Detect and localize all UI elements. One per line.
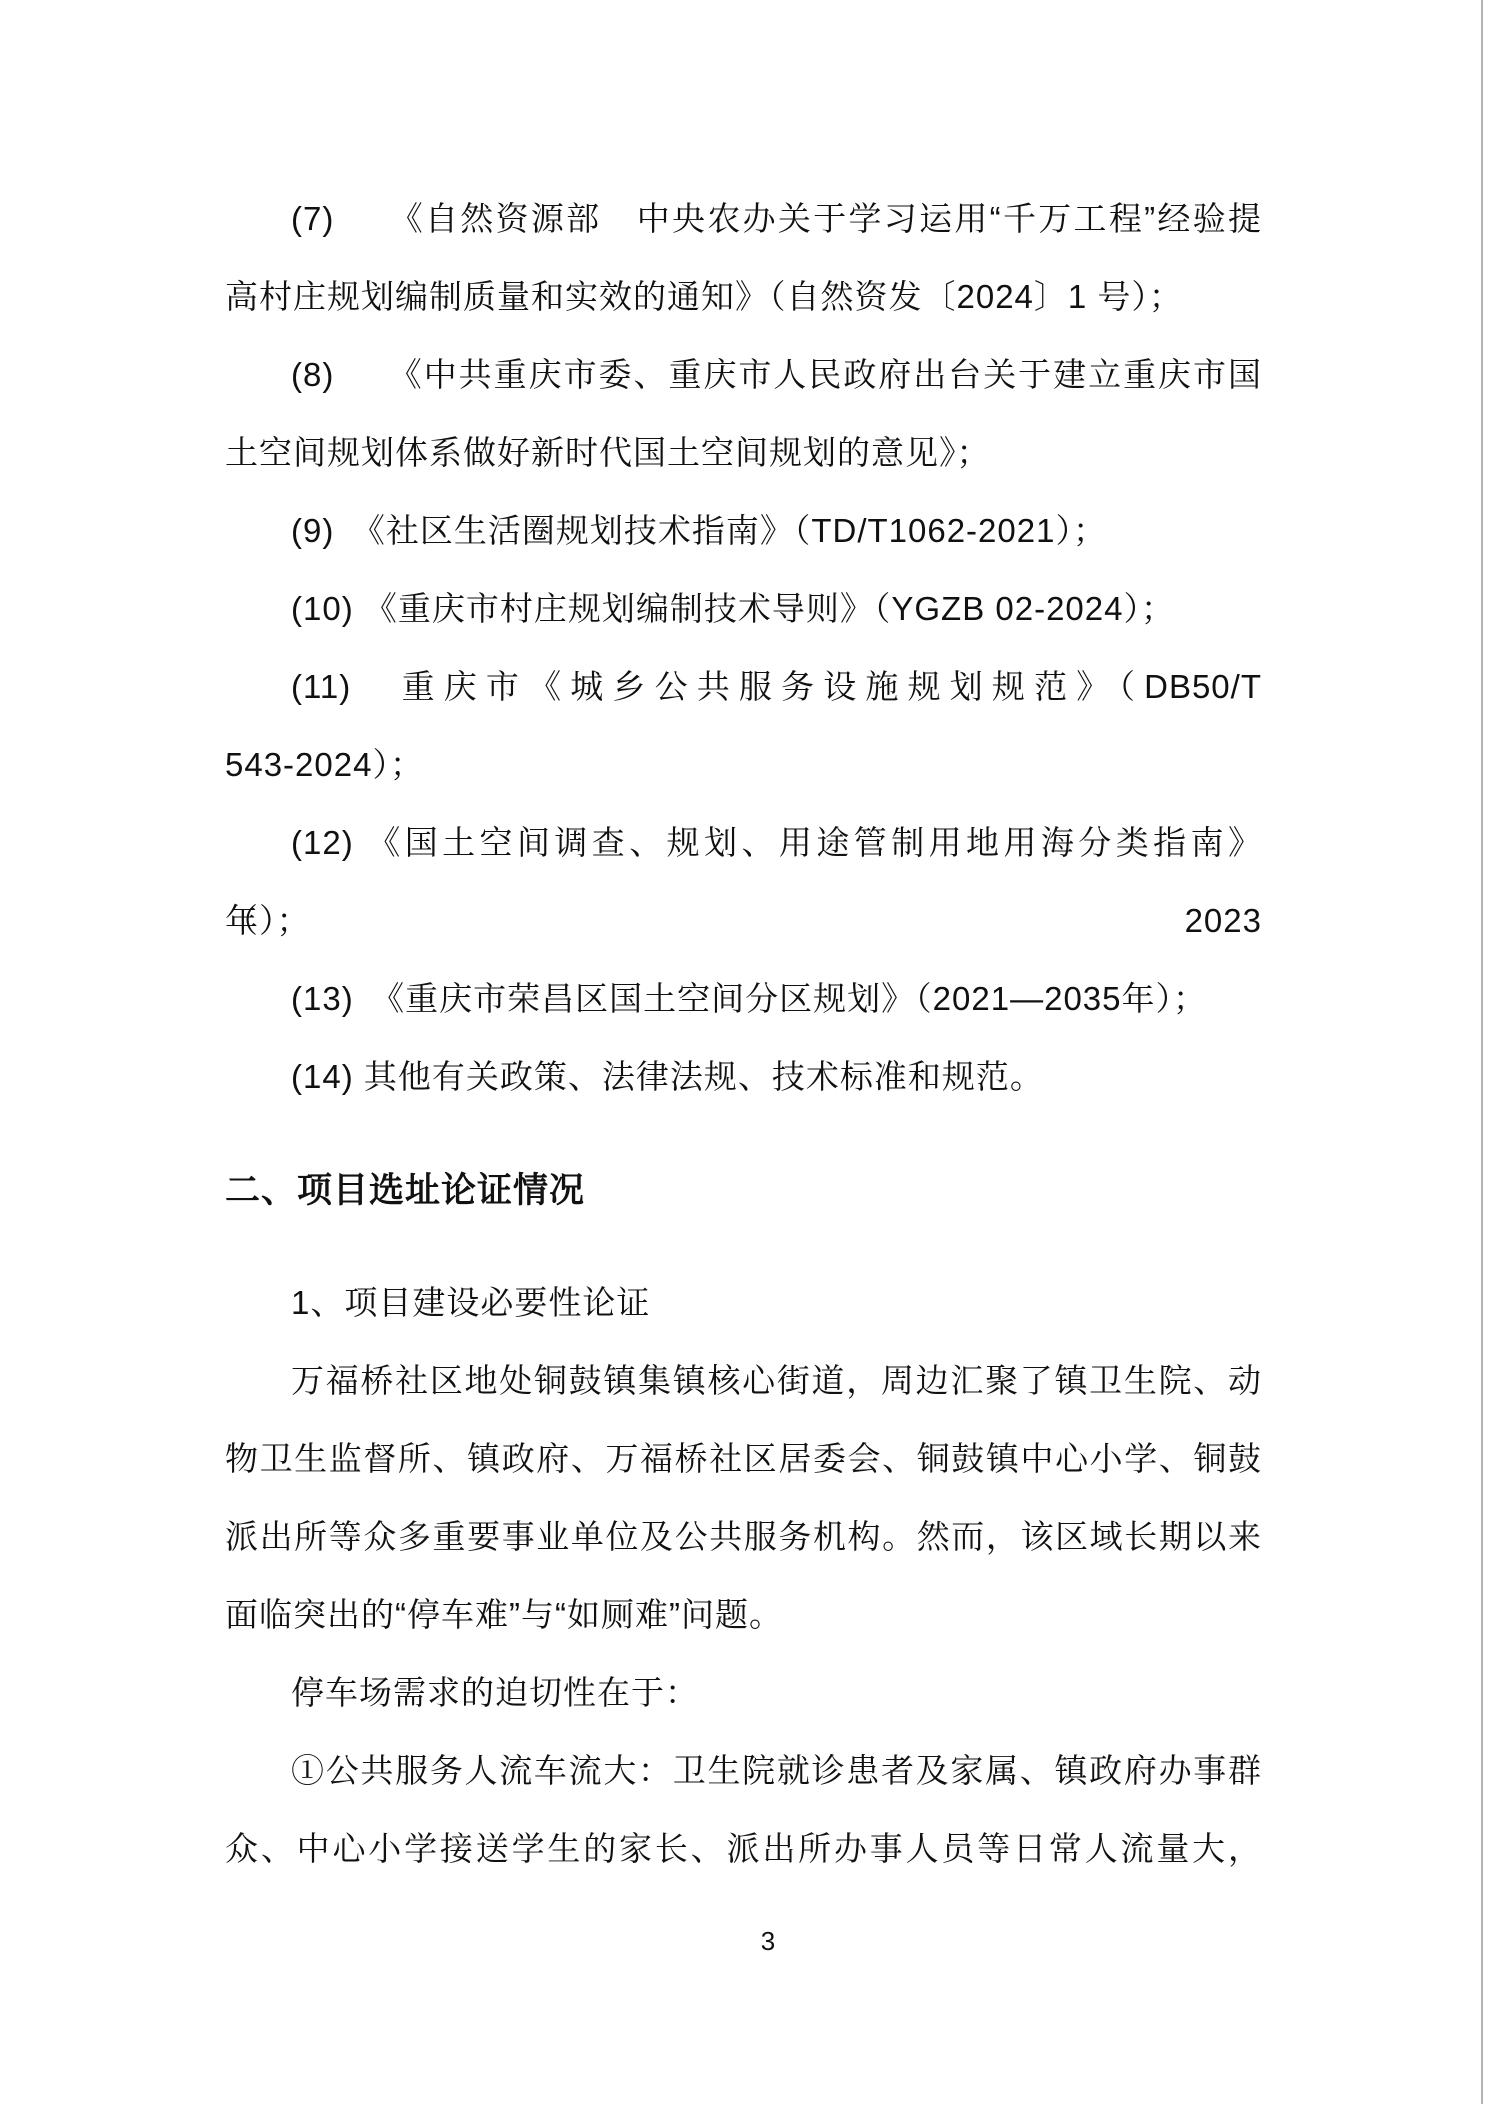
ref-item-13: (13) 《重庆市荣昌区国土空间分区规划》（2021—2035年）； bbox=[225, 960, 1262, 1038]
page-body-text: (7) 《自然资源部 中央农办关于学习运用“千万工程”经验提 高村庄规划编制质量… bbox=[225, 180, 1262, 1888]
paragraph-3-line-2: 众、中心小学接送学生的家长、派出所办事人员等日常人流量大， bbox=[225, 1810, 1262, 1888]
ref-item-8-line-2: 土空间规划体系做好新时代国土空间规划的意见》； bbox=[225, 414, 1262, 492]
paragraph-1-line-3: 派出所等众多重要事业单位及公共服务机构。然而，该区域长期以来 bbox=[225, 1498, 1262, 1576]
paragraph-3-line-1: ①公共服务人流车流大：卫生院就诊患者及家属、镇政府办事群 bbox=[225, 1732, 1262, 1810]
paragraph-1-line-1: 万福桥社区地处铜鼓镇集镇核心街道，周边汇聚了镇卫生院、动 bbox=[225, 1342, 1262, 1420]
ref-item-14: (14) 其他有关政策、法律法规、技术标准和规范。 bbox=[225, 1038, 1262, 1116]
section-heading: 二、项目选址论证情况 bbox=[225, 1152, 1262, 1230]
ref-item-12-line-1: (12) 《国土空间调查、规划、用途管制用地用海分类指南》（2023 bbox=[225, 804, 1262, 882]
ref-item-9: (9) 《社区生活圈规划技术指南》（TD/T1062-2021）； bbox=[225, 492, 1262, 570]
ref-item-7-line-1: (7) 《自然资源部 中央农办关于学习运用“千万工程”经验提 bbox=[225, 180, 1262, 258]
ref-item-7-line-2: 高村庄规划编制质量和实效的通知》（自然资发〔2024〕1 号）； bbox=[225, 258, 1262, 336]
page-right-edge bbox=[1481, 0, 1483, 2104]
ref-item-11-line-1: (11) 重庆市《城乡公共服务设施规划规范》（DB50/T bbox=[225, 648, 1262, 726]
ref-item-8-line-1: (8) 《中共重庆市委、重庆市人民政府出台关于建立重庆市国 bbox=[225, 336, 1262, 414]
paragraph-1-line-4: 面临突出的“停车难”与“如厕难”问题。 bbox=[225, 1576, 1262, 1654]
document-page: (7) 《自然资源部 中央农办关于学习运用“千万工程”经验提 高村庄规划编制质量… bbox=[0, 0, 1488, 2104]
ref-item-11-line-2: 543-2024）； bbox=[225, 726, 1262, 804]
ref-item-10: (10) 《重庆市村庄规划编制技术导则》（YGZB 02-2024）； bbox=[225, 570, 1262, 648]
paragraph-2-lead: 停车场需求的迫切性在于： bbox=[225, 1654, 1262, 1732]
subsection-title: 1、项目建设必要性论证 bbox=[225, 1264, 1262, 1342]
paragraph-1-line-2: 物卫生监督所、镇政府、万福桥社区居委会、铜鼓镇中心小学、铜鼓 bbox=[225, 1420, 1262, 1498]
page-number: 3 bbox=[0, 1921, 1488, 1961]
